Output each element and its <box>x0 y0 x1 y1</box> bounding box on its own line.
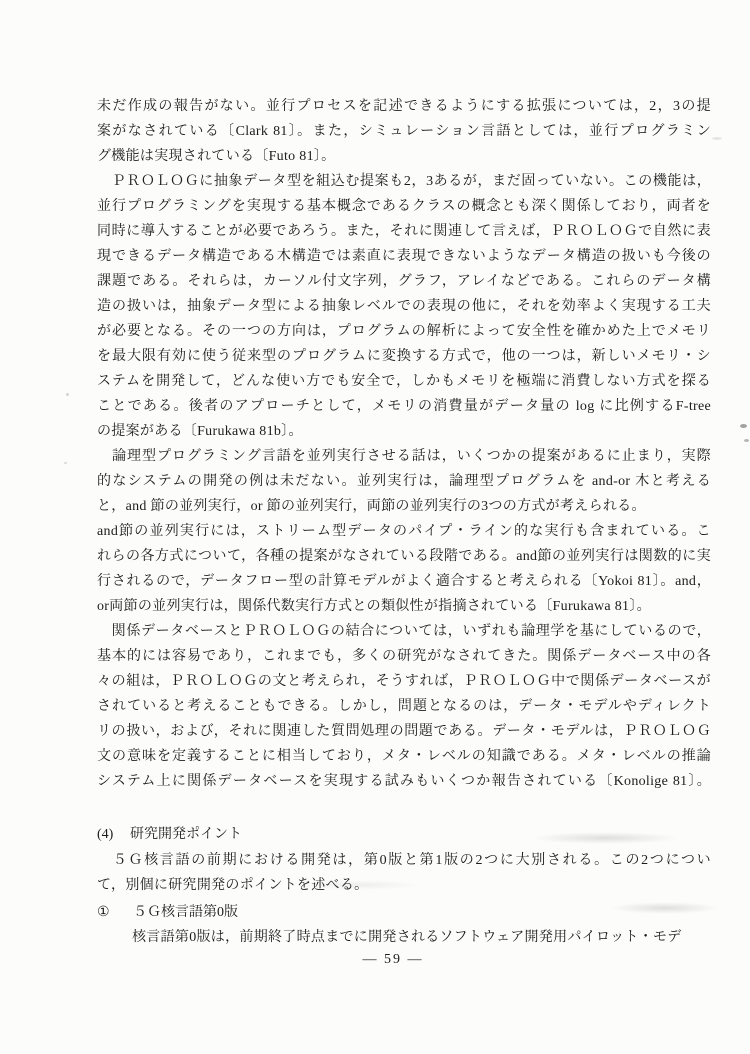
scan-speck <box>740 424 747 428</box>
body-line: 関係データベースとＰＲＯＬＯＧの結合については，いずれも論理学を基にしているので… <box>97 619 711 644</box>
body-line: 課題である。それらは，カーソル付文字列，グラフ，アレイなどである。これらのデータ… <box>97 269 711 294</box>
body-line: ＰＲＯＬＯＧに抽象データ型を組込む提案も2，3あるが，まだ固っていない。この機能… <box>97 169 711 194</box>
subsection-line: 核言語第0版は，前期終了時点までに開発されるソフトウェア開発用パイロット・モデ <box>97 925 717 950</box>
circled-one-marker: ① <box>97 900 133 925</box>
body-line: システム上に関係データベースを実現する試みもいくつか報告されている〔Konoli… <box>97 769 711 794</box>
scan-smudge <box>610 902 720 914</box>
body-line: 行されるので，データフロー型の計算モデルがよく適合すると考えられる〔Yokoi … <box>97 569 711 594</box>
section-line: ５Ｇ核言語の前期における開発は，第0版と第1版の2つに大別される。この2つについ <box>97 848 711 873</box>
scan-smudge <box>530 832 680 844</box>
body-line: 案がなされている〔Clark 81〕。また，シミュレーション言語としては，並行プ… <box>97 119 711 144</box>
body-line: ステムを開発して，どんな使い方でも安全で，しかもメモリを極端に消費しない方式を探… <box>97 369 711 394</box>
body-line: 基本的には容易であり，これまでも，多くの研究がなされてきた。関係データベース中の… <box>97 644 711 669</box>
body-line: が必要となる。その一つの方向は，プログラムの解析によって安全性を確かめた上でメモ… <box>97 319 711 344</box>
page-footer: — 59 — <box>0 952 750 968</box>
scan-smudge <box>300 880 420 890</box>
body-line: されていると考えることもできる。しかし，問題となるのは，データ・モデルやディレク… <box>97 694 711 719</box>
body-line: リの扱い，および，それに関連した質問処理の問題である。データ・モデルは，ＰＲＯＬ… <box>97 719 711 744</box>
body-line: 々の組は，ＰＲＯＬＯＧの文と考えられ，そうすれば，ＰＲＯＬＯＧ中で関係データベー… <box>97 669 711 694</box>
body-line: or両節の並列実行は，関係代数実行方式との類似性が指摘されている〔Furukaw… <box>97 594 717 619</box>
body-line: ことである。後者のアプローチとして，メモリの消費量がデータ量の log に比例す… <box>97 394 711 419</box>
body-line: 的なシステムの開発の例は未だない。並列実行は，論理型プログラムを and-or … <box>97 469 711 494</box>
page-number: — 59 — <box>363 952 424 967</box>
body-text-block: 未だ作成の報告がない。並行プロセスを記述できるようにする拡張については，2，3の… <box>97 94 717 794</box>
body-line: and節の並列実行には，ストリーム型データのパイプ・ライン的な実行も含まれている… <box>97 519 711 544</box>
section-title: 研究開発ポイント <box>130 827 242 842</box>
body-line: を最大限有効に使う従来型のプログラムに変換する方式で，他の一つは，新しいメモリ・… <box>97 344 711 369</box>
body-line: 並行プログラミングを実現する基本概念であるクラスの概念とも深く関係しており，両者… <box>97 194 711 219</box>
body-line: 現できるデータ構造である木構造では素直に表現できないようなデータ構造の扱いも今後… <box>97 244 711 269</box>
section-number: (4) <box>97 822 130 848</box>
body-line: 同時に導入することが必要であろう。また，それに関連して言えば，ＰＲＯＬＯＧで自然… <box>97 219 711 244</box>
body-line: 論理型プログラミング言語を並列実行させる話は，いくつかの提案があるに止まり，実際 <box>97 444 711 469</box>
body-line: の提案がある〔Furukawa 81b〕。 <box>97 419 717 444</box>
body-line: 未だ作成の報告がない。並行プロセスを記述できるようにする拡張については，2，3の… <box>97 94 711 119</box>
scan-speck <box>64 462 67 464</box>
body-line: 造の扱いは，抽象データ型による抽象レベルでの表現の他に，それを効率よく実現する工… <box>97 294 711 319</box>
body-line: れらの各方式について，各種の提案がなされている段階である。and節の並列実行は関… <box>97 544 711 569</box>
scan-speck <box>66 393 69 396</box>
scanned-document-page: 未だ作成の報告がない。並行プロセスを記述できるようにする拡張については，2，3の… <box>0 0 750 1054</box>
body-line: と，and 節の並列実行，or 節の並列実行，両節の並列実行の3つの方式が考えら… <box>97 494 717 519</box>
subsection-title: ５Ｇ核言語第0版 <box>133 905 238 920</box>
body-line: 文の意味を定義することに相当しており，メタ・レベルの知識である。メタ・レベルの推… <box>97 744 711 769</box>
scan-speck <box>712 137 722 140</box>
scan-speck <box>744 439 749 442</box>
body-line: グ機能は実現されている〔Futo 81〕。 <box>97 144 717 169</box>
